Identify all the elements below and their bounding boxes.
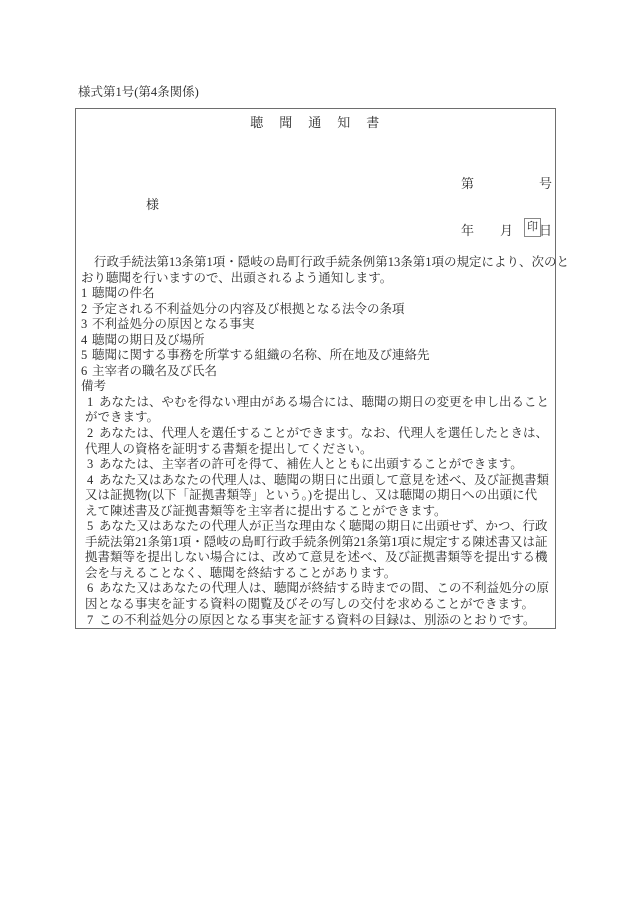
- remark-line: ができます。: [81, 410, 553, 426]
- item-text: 不利益処分の原因となる事実: [92, 317, 255, 331]
- item-text: 主宰者の職名及び氏名: [92, 364, 217, 378]
- document-body: 行政手続法第13条第1項・隠岐の島町行政手続条例第13条第1項の規定により、次の…: [81, 255, 553, 628]
- seal-placeholder-icon: 印: [524, 218, 541, 237]
- remark-line: 又は証拠物(以下「証拠書類等」という。)を提出し、又は聴聞の期日への出頭に代: [81, 488, 553, 504]
- item-number: 6: [81, 364, 92, 380]
- item-text: 予定される不利益処分の内容及び根拠となる法令の条項: [92, 302, 405, 316]
- remark-line: 6あなた又はあなたの代理人は、聴聞が終結する時までの間、この不利益処分の原: [81, 581, 553, 597]
- remark-text: あなた又はあなたの代理人は、聴聞が終結する時までの間、この不利益処分の原: [99, 581, 549, 595]
- remark-number: 5: [87, 519, 99, 535]
- remark-line: 会を与えることなく、聴聞を終結することがあります。: [81, 566, 553, 582]
- remark-text: あなた又はあなたの代理人は、聴聞の期日に出頭して意見を述べ、及び証拠書類: [99, 473, 549, 487]
- addressee-honorific: 様: [146, 194, 159, 213]
- remark-line: 手続法第21条第1項・隠岐の島町行政手続条例第21条第1項に規定する陳述書又は証: [81, 535, 553, 551]
- remark-number: 2: [87, 426, 99, 442]
- remark-line: 拠書類等を提出しない場合には、改めて意見を述べ、及び証拠書類等を提出する機: [81, 550, 553, 566]
- remark-line: 1あなたは、やむを得ない理由がある場合には、聴聞の期日の変更を申し出ること: [81, 395, 553, 411]
- document-number-line: 第 号: [461, 176, 552, 192]
- remark-text: あなた又はあなたの代理人が正当な理由なく聴聞の期日に出頭せず、かつ、行政: [99, 519, 548, 533]
- remark-line: 因となる事実を証する資料の閲覧及びその写しの交付を求めることができます。: [81, 597, 553, 613]
- item-number: 5: [81, 348, 92, 364]
- remark-line: 3あなたは、主宰者の許可を得て、補佐人とともに出頭することができます。: [81, 457, 553, 473]
- remark-number: 1: [87, 395, 99, 411]
- remark-line: えて陳述書及び証拠書類等を主宰者に提出することができます。: [81, 504, 553, 520]
- form-number-label: 様式第1号(第4条関係): [78, 82, 199, 100]
- remarks-label: 備考: [81, 379, 553, 395]
- list-item: 6主宰者の職名及び氏名: [81, 364, 553, 380]
- document-header-right: 第 号 年 月 日: [461, 145, 552, 269]
- item-text: 聴聞の期日及び場所: [92, 333, 205, 347]
- remark-number: 3: [87, 457, 99, 473]
- remark-line: 4あなた又はあなたの代理人は、聴聞の期日に出頭して意見を述べ、及び証拠書類: [81, 473, 553, 489]
- item-text: 聴聞に関する事務を所掌する組織の名称、所在地及び連絡先: [92, 348, 430, 362]
- list-item: 3不利益処分の原因となる事実: [81, 317, 553, 333]
- list-item: 2予定される不利益処分の内容及び根拠となる法令の条項: [81, 302, 553, 318]
- item-number: 1: [81, 286, 92, 302]
- remark-number: 7: [87, 613, 99, 629]
- document-title: 聴 聞 通 知 書: [76, 112, 555, 131]
- document-frame: 聴 聞 通 知 書 第 号 年 月 日 様 印 行政手続法第13条第1項・隠岐の…: [75, 108, 556, 629]
- remark-number: 6: [87, 581, 99, 597]
- document-page: 様式第1号(第4条関係) 聴 聞 通 知 書 第 号 年 月 日 様 印 行政手…: [0, 0, 630, 915]
- list-item: 1聴聞の件名: [81, 286, 553, 302]
- item-number: 2: [81, 302, 92, 318]
- remark-text: あなたは、代理人を選任することができます。なお、代理人を選任したときは、: [99, 426, 548, 440]
- intro-line: 行政手続法第13条第1項・隠岐の島町行政手続条例第13条第1項の規定により、次の…: [81, 255, 553, 271]
- remark-text: この不利益処分の原因となる事実を証する資料の目録は、別添のとおりです。: [99, 613, 536, 627]
- item-text: 聴聞の件名: [92, 286, 155, 300]
- remark-line: 7この不利益処分の原因となる事実を証する資料の目録は、別添のとおりです。: [81, 613, 553, 629]
- remark-line: 代理人の資格を証明する書類を提出してください。: [81, 442, 553, 458]
- remark-number: 4: [87, 473, 99, 489]
- remark-line: 5あなた又はあなたの代理人が正当な理由なく聴聞の期日に出頭せず、かつ、行政: [81, 519, 553, 535]
- remark-text: あなたは、やむを得ない理由がある場合には、聴聞の期日の変更を申し出ること: [99, 395, 549, 409]
- remark-line: 2あなたは、代理人を選任することができます。なお、代理人を選任したときは、: [81, 426, 553, 442]
- list-item: 5聴聞に関する事務を所掌する組織の名称、所在地及び連絡先: [81, 348, 553, 364]
- intro-line: おり聴聞を行いますので、出頭されるよう通知します。: [81, 271, 553, 287]
- item-number: 3: [81, 317, 92, 333]
- list-item: 4聴聞の期日及び場所: [81, 333, 553, 349]
- item-number: 4: [81, 333, 92, 349]
- remark-text: あなたは、主宰者の許可を得て、補佐人とともに出頭することができます。: [99, 457, 523, 471]
